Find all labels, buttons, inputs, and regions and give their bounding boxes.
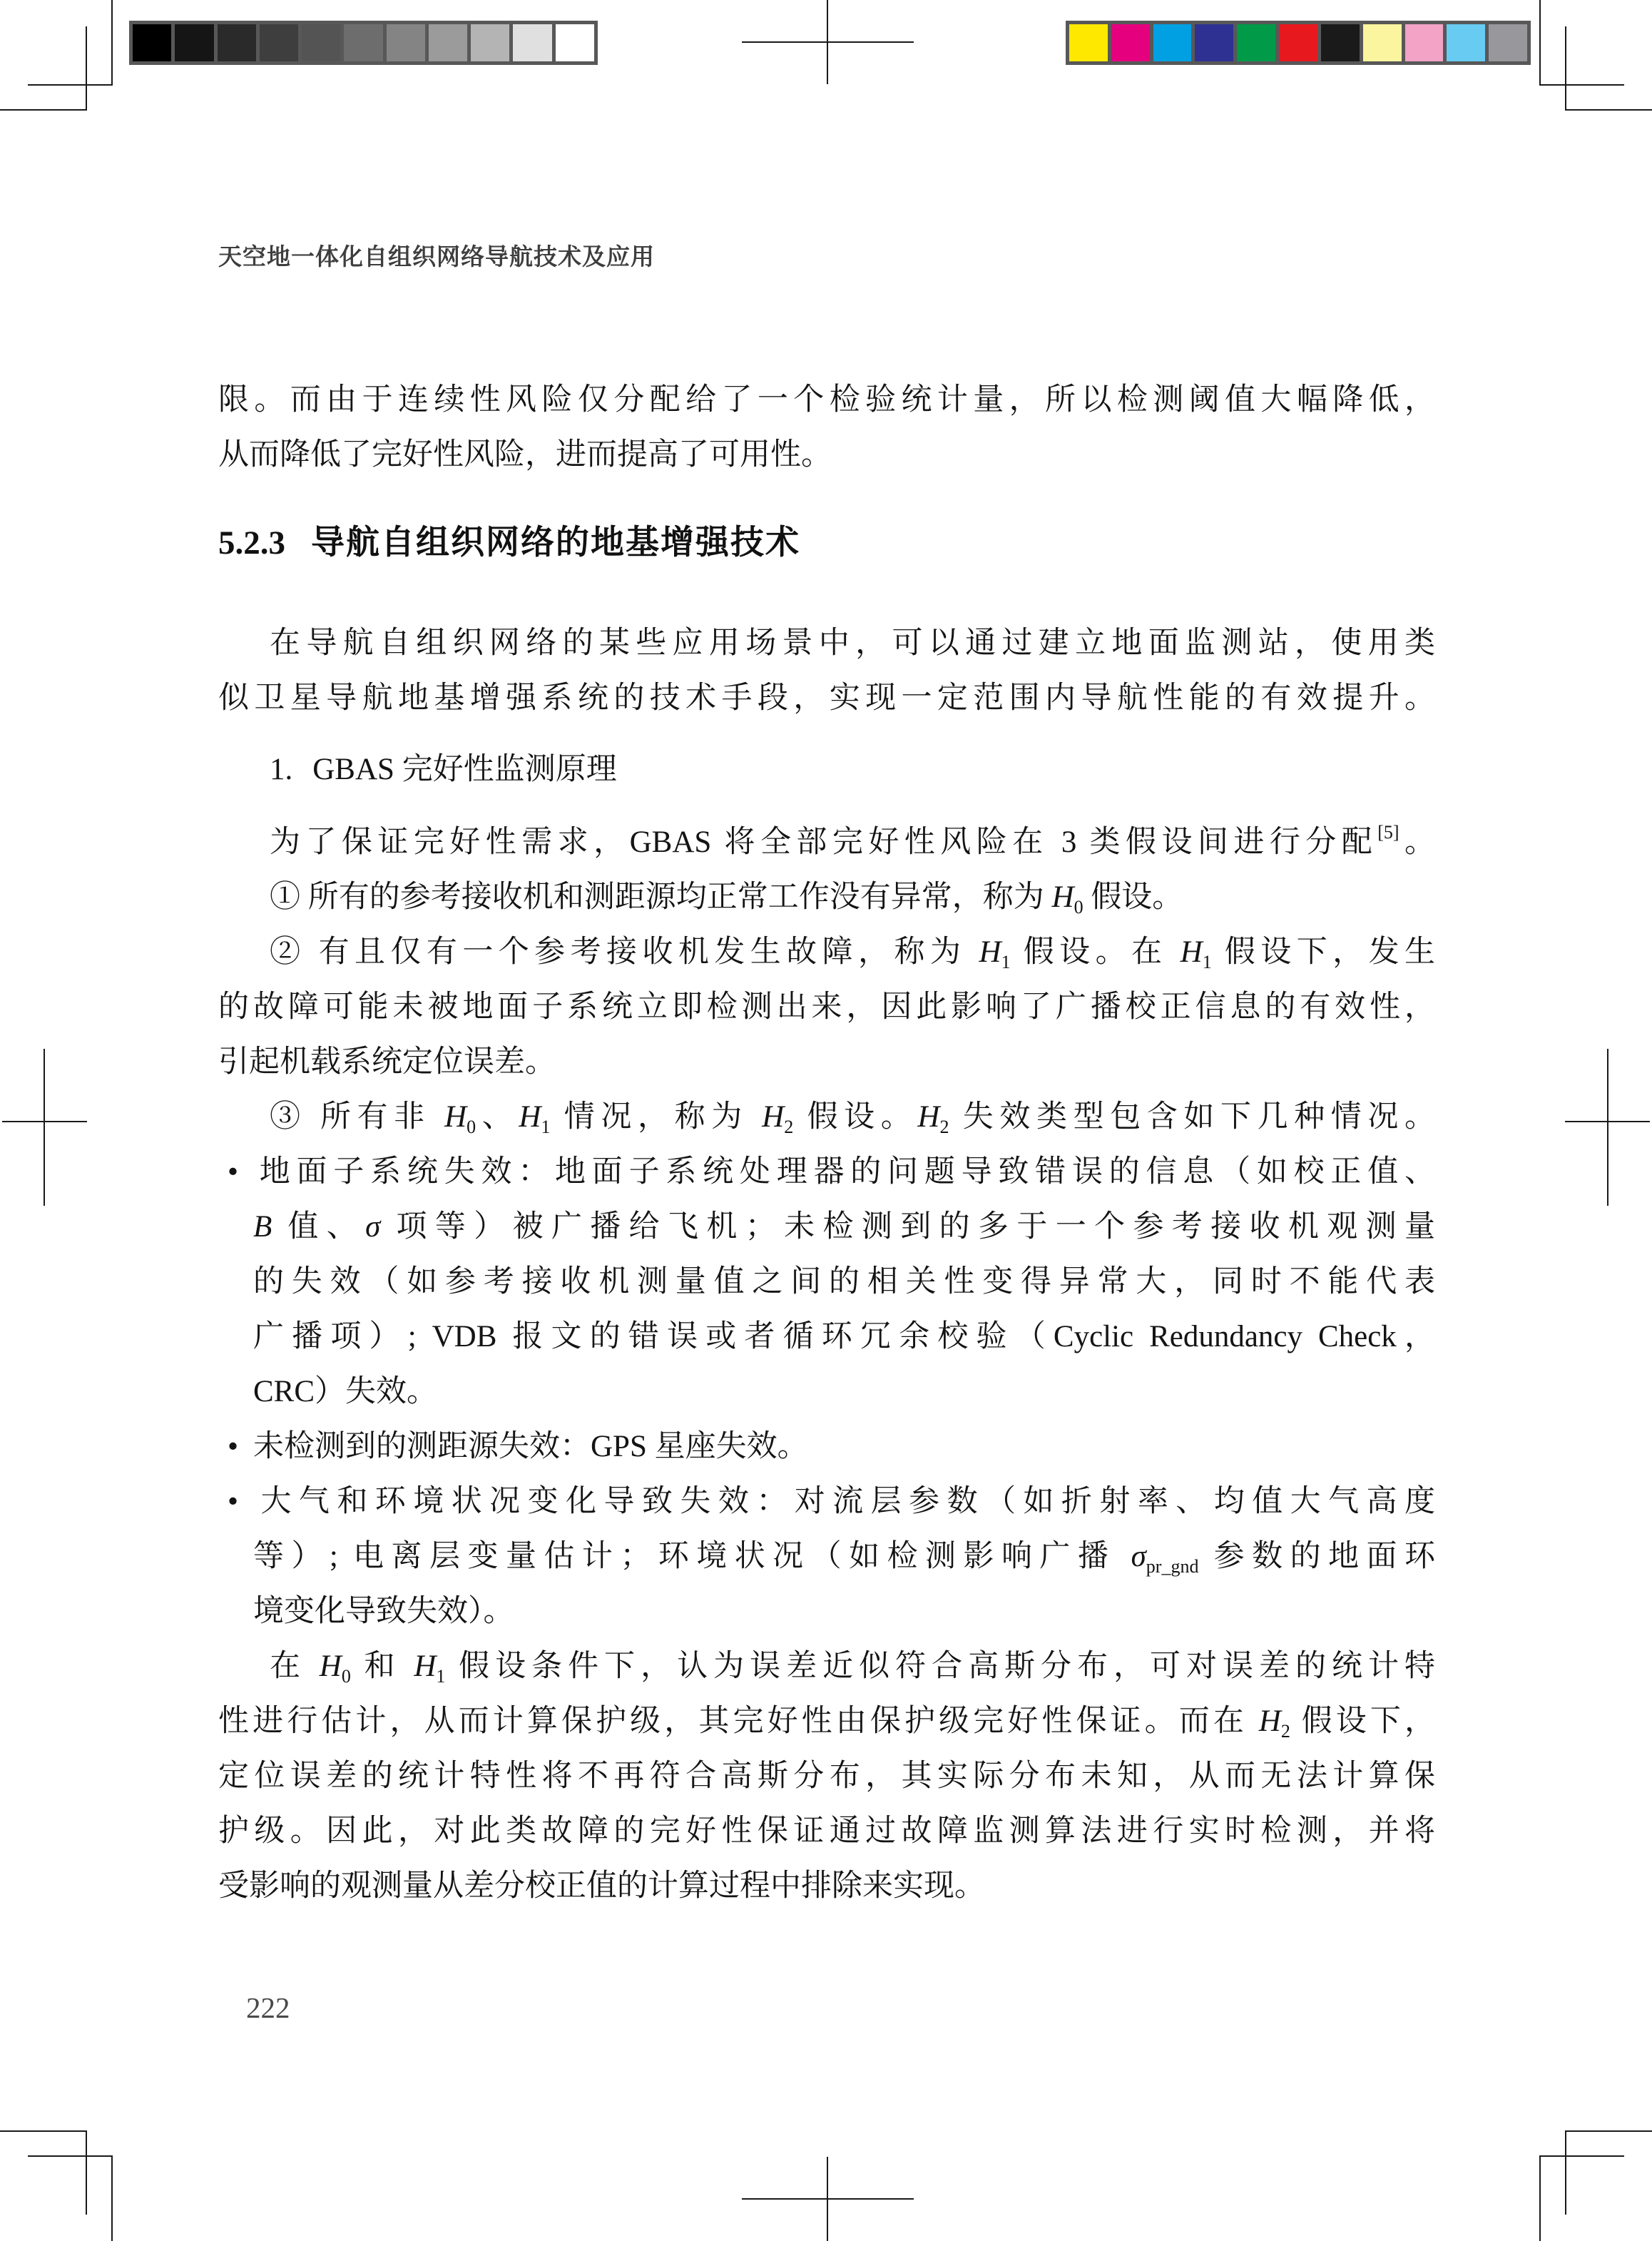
- text-segment: 1: [1203, 952, 1212, 972]
- text-segment: 2: [1281, 1721, 1290, 1742]
- crop-mark: [1565, 26, 1566, 110]
- calibration-swatch: [429, 24, 467, 61]
- grayscale-calibration-bar: [129, 21, 598, 65]
- text-segment: 2: [939, 1117, 949, 1137]
- text-line: 广播项）; VDB 报文的错误或者循环冗余校验（Cyclic Redundanc…: [218, 1309, 1435, 1364]
- registration-mark: [742, 2198, 914, 2200]
- text-line: 从而降低了完好性风险，进而提高了可用性。: [218, 427, 1435, 482]
- crop-mark: [111, 2155, 113, 2241]
- calibration-swatch: [175, 24, 213, 61]
- text-line: 在 H0 和 H1 假设条件下，认为误差近似符合高斯分布，可对误差的统计特: [218, 1639, 1435, 1694]
- text-segment: 假设下，发生: [1212, 935, 1435, 969]
- calibration-swatch: [344, 24, 382, 61]
- text-line: ① 所有的参考接收机和测距源均正常工作没有异常，称为 H0 假设。: [218, 870, 1435, 925]
- text-line: 受影响的观测量从差分校正值的计算过程中排除来实现。: [218, 1859, 1435, 1914]
- crop-mark: [1539, 2155, 1541, 2241]
- text-segment: 假设条件下，认为误差近似符合高斯分布，可对误差的统计特: [445, 1650, 1435, 1683]
- crop-mark: [86, 2131, 87, 2215]
- text-line: 为了保证完好性需求，GBAS 将全部完好性风险在 3 类假设间进行分配[5]。: [218, 815, 1435, 870]
- calibration-swatch: [513, 24, 551, 61]
- crop-mark: [1540, 84, 1624, 86]
- text-segment: 定位误差的统计特性将不再符合高斯分布，其实际分布未知，从而无法计算保: [218, 1759, 1435, 1793]
- text-line: CRC）失效。: [218, 1364, 1435, 1419]
- text-segment: 导航自组织网络的地基增强技术: [311, 523, 800, 561]
- calibration-swatch: [218, 24, 256, 61]
- text-segment: 假设。: [1084, 880, 1183, 914]
- registration-mark: [1607, 1049, 1608, 1206]
- calibration-swatch: [1069, 24, 1108, 61]
- text-segment: 0: [342, 1666, 351, 1687]
- crop-mark: [86, 26, 87, 110]
- text-segment: 1.: [270, 753, 292, 786]
- registration-mark: [742, 41, 914, 43]
- calibration-swatch: [1321, 24, 1360, 61]
- text-line: 在导航自组织网络的某些应用场景中，可以通过建立地面监测站，使用类: [218, 616, 1435, 671]
- crop-mark: [1539, 0, 1541, 86]
- text-segment: 失效类型包含如下几种情况。: [949, 1100, 1435, 1134]
- registration-mark: [44, 1049, 45, 1206]
- calibration-swatch: [1111, 24, 1150, 61]
- text-segment: 引起机载系统定位误差。: [218, 1045, 556, 1079]
- crop-mark: [1565, 109, 1652, 111]
- crop-mark: [0, 2130, 87, 2132]
- text-segment: 等）; 电离层变量估计；环境状况（如检测影响广播: [253, 1540, 1131, 1573]
- text-segment: 受影响的观测量从差分校正值的计算过程中排除来实现。: [218, 1869, 985, 1903]
- text-line: 性进行估计，从而计算保护级，其完好性由保护级完好性保证。而在 H2 假设下，: [218, 1694, 1435, 1749]
- text-segment: H: [320, 1650, 342, 1683]
- text-segment: 为了保证完好性需求，GBAS 将全部完好性风险在 3 类假设间进行分配: [270, 825, 1377, 859]
- running-head: 天空地一体化自组织网络导航技术及应用: [218, 238, 655, 272]
- body-text: 限。而由于连续性风险仅分配给了一个检验统计量，所以检测阈值大幅降低，从而降低了完…: [218, 372, 1435, 1914]
- text-segment: H: [917, 1100, 939, 1134]
- text-segment: H: [1181, 935, 1203, 969]
- text-segment: [5]: [1377, 822, 1399, 843]
- crop-mark: [0, 109, 87, 111]
- text-segment: 1: [436, 1666, 445, 1687]
- registration-mark: [2, 1121, 87, 1122]
- text-line: 护级。因此，对此类故障的完好性保证通过故障监测算法进行实时检测，并将: [218, 1804, 1435, 1859]
- text-line: •地面子系统失效：地面子系统处理器的问题导致错误的信息（如校正值、: [218, 1144, 1435, 1199]
- text-segment: 0: [466, 1117, 476, 1137]
- calibration-swatch: [1363, 24, 1402, 61]
- text-segment: GBAS 完好性监测原理: [312, 753, 616, 786]
- text-segment: pr_gnd: [1146, 1556, 1199, 1577]
- text-segment: 、: [476, 1100, 519, 1134]
- text-segment: 在: [270, 1650, 320, 1683]
- text-segment: 的失效（如参考接收机测量值之间的相关性变得异常大，同时不能代表: [253, 1265, 1435, 1299]
- calibration-swatch: [260, 24, 298, 61]
- subsection-heading: 1.GBAS 完好性监测原理: [218, 742, 1435, 797]
- text-segment: 和: [351, 1650, 414, 1683]
- calibration-swatch: [1447, 24, 1485, 61]
- crop-mark: [28, 84, 112, 86]
- text-segment: 似卫星导航地基增强系统的技术手段，实现一定范围内导航性能的有效提升。: [218, 681, 1435, 715]
- text-segment: 限。而由于连续性风险仅分配给了一个检验统计量，所以检测阈值大幅降低，: [218, 383, 1435, 417]
- calibration-swatch: [1489, 24, 1527, 61]
- text-segment: 情况，称为: [550, 1100, 762, 1134]
- crop-mark: [28, 2155, 112, 2157]
- text-segment: 地面子系统失效：地面子系统处理器的问题导致错误的信息（如校正值、: [253, 1155, 1435, 1189]
- bullet-marker: •: [228, 1419, 253, 1474]
- text-line: ③ 所有非 H0、H1 情况，称为 H2 假设。H2 失效类型包含如下几种情况。: [218, 1089, 1435, 1144]
- text-segment: 项等）被广播给飞机；未检测到的多于一个参考接收机观测量: [380, 1210, 1435, 1244]
- text-line: 的失效（如参考接收机测量值之间的相关性变得异常大，同时不能代表: [218, 1254, 1435, 1309]
- text-line: B 值、σ 项等）被广播给飞机；未检测到的多于一个参考接收机观测量: [218, 1199, 1435, 1254]
- text-segment: 在导航自组织网络的某些应用场景中，可以通过建立地面监测站，使用类: [270, 626, 1435, 660]
- text-segment: H: [1259, 1704, 1281, 1738]
- text-segment: H: [519, 1100, 541, 1134]
- text-segment: 2: [784, 1117, 793, 1137]
- text-line: 等）; 电离层变量估计；环境状况（如检测影响广播 σpr_gnd 参数的地面环: [218, 1529, 1435, 1584]
- text-segment: B: [253, 1210, 272, 1244]
- text-segment: H: [1052, 880, 1074, 914]
- text-segment: ② 有且仅有一个参考接收机发生故障，称为: [270, 935, 979, 969]
- calibration-swatch: [1153, 24, 1192, 61]
- text-segment: σ: [1131, 1540, 1146, 1573]
- text-segment: 1: [1001, 952, 1011, 972]
- text-segment: 的故障可能未被地面子系统立即检测出来，因此影响了广播校正信息的有效性，: [218, 990, 1435, 1024]
- text-line: 定位误差的统计特性将不再符合高斯分布，其实际分布未知，从而无法计算保: [218, 1749, 1435, 1804]
- calibration-swatch: [1195, 24, 1233, 61]
- text-segment: 1: [541, 1117, 550, 1137]
- text-segment: 假设。在: [1011, 935, 1181, 969]
- color-calibration-bar: [1066, 21, 1531, 65]
- text-segment: 0: [1074, 897, 1084, 918]
- text-segment: 。: [1399, 825, 1435, 859]
- text-line: ② 有且仅有一个参考接收机发生故障，称为 H1 假设。在 H1 假设下，发生: [218, 925, 1435, 980]
- crop-mark: [1540, 2155, 1624, 2157]
- text-line: 的故障可能未被地面子系统立即检测出来，因此影响了广播校正信息的有效性，: [218, 980, 1435, 1035]
- text-segment: 值、: [272, 1210, 365, 1244]
- crop-mark: [1565, 2130, 1652, 2132]
- text-segment: 大气和环境状况变化导致失效：对流层参数（如折射率、均值大气高度: [253, 1485, 1435, 1518]
- text-line: •大气和环境状况变化导致失效：对流层参数（如折射率、均值大气高度: [218, 1474, 1435, 1529]
- registration-mark: [1565, 1121, 1650, 1122]
- text-segment: ① 所有的参考接收机和测距源均正常工作没有异常，称为: [270, 880, 1052, 914]
- text-segment: H: [444, 1100, 466, 1134]
- text-segment: 5.2.3: [218, 524, 285, 561]
- text-segment: 假设下，: [1290, 1704, 1435, 1738]
- text-segment: 参数的地面环: [1198, 1540, 1435, 1573]
- page-number: 222: [246, 1991, 290, 2025]
- calibration-swatch: [1237, 24, 1275, 61]
- calibration-swatch: [1279, 24, 1317, 61]
- text-segment: 假设。: [793, 1100, 917, 1134]
- text-line: 限。而由于连续性风险仅分配给了一个检验统计量，所以检测阈值大幅降低，: [218, 372, 1435, 427]
- text-line: 境变化导致失效）。: [218, 1584, 1435, 1639]
- bullet-marker: •: [228, 1474, 253, 1529]
- text-line: 引起机载系统定位误差。: [218, 1035, 1435, 1089]
- bullet-marker: •: [228, 1144, 253, 1199]
- crop-mark: [111, 0, 113, 86]
- text-segment: 护级。因此，对此类故障的完好性保证通过故障监测算法进行实时检测，并将: [218, 1814, 1435, 1848]
- section-heading: 5.2.3导航自组织网络的地基增强技术: [218, 510, 1435, 574]
- calibration-swatch: [133, 24, 171, 61]
- text-segment: 广播项）; VDB 报文的错误或者循环冗余校验（Cyclic Redundanc…: [253, 1320, 1435, 1353]
- calibration-swatch: [556, 24, 594, 61]
- text-segment: ③ 所有非: [270, 1100, 444, 1134]
- calibration-swatch: [1405, 24, 1444, 61]
- text-segment: CRC）失效。: [253, 1375, 437, 1408]
- calibration-swatch: [302, 24, 340, 61]
- text-segment: σ: [365, 1210, 380, 1244]
- text-segment: 境变化导致失效）。: [253, 1595, 514, 1628]
- book-page: 天空地一体化自组织网络导航技术及应用 限。而由于连续性风险仅分配给了一个检验统计…: [0, 0, 1652, 2241]
- text-segment: H: [979, 935, 1001, 969]
- text-segment: 性进行估计，从而计算保护级，其完好性由保护级完好性保证。而在: [218, 1704, 1259, 1738]
- text-line: 似卫星导航地基增强系统的技术手段，实现一定范围内导航性能的有效提升。: [218, 671, 1435, 726]
- text-segment: 从而降低了完好性风险，进而提高了可用性。: [218, 438, 832, 472]
- calibration-swatch: [387, 24, 425, 61]
- text-segment: H: [762, 1100, 784, 1134]
- text-line: •未检测到的测距源失效：GPS 星座失效。: [218, 1419, 1435, 1474]
- text-segment: 未检测到的测距源失效：GPS 星座失效。: [253, 1430, 808, 1463]
- calibration-swatch: [471, 24, 509, 61]
- crop-mark: [1565, 2131, 1566, 2215]
- text-segment: H: [414, 1650, 436, 1683]
